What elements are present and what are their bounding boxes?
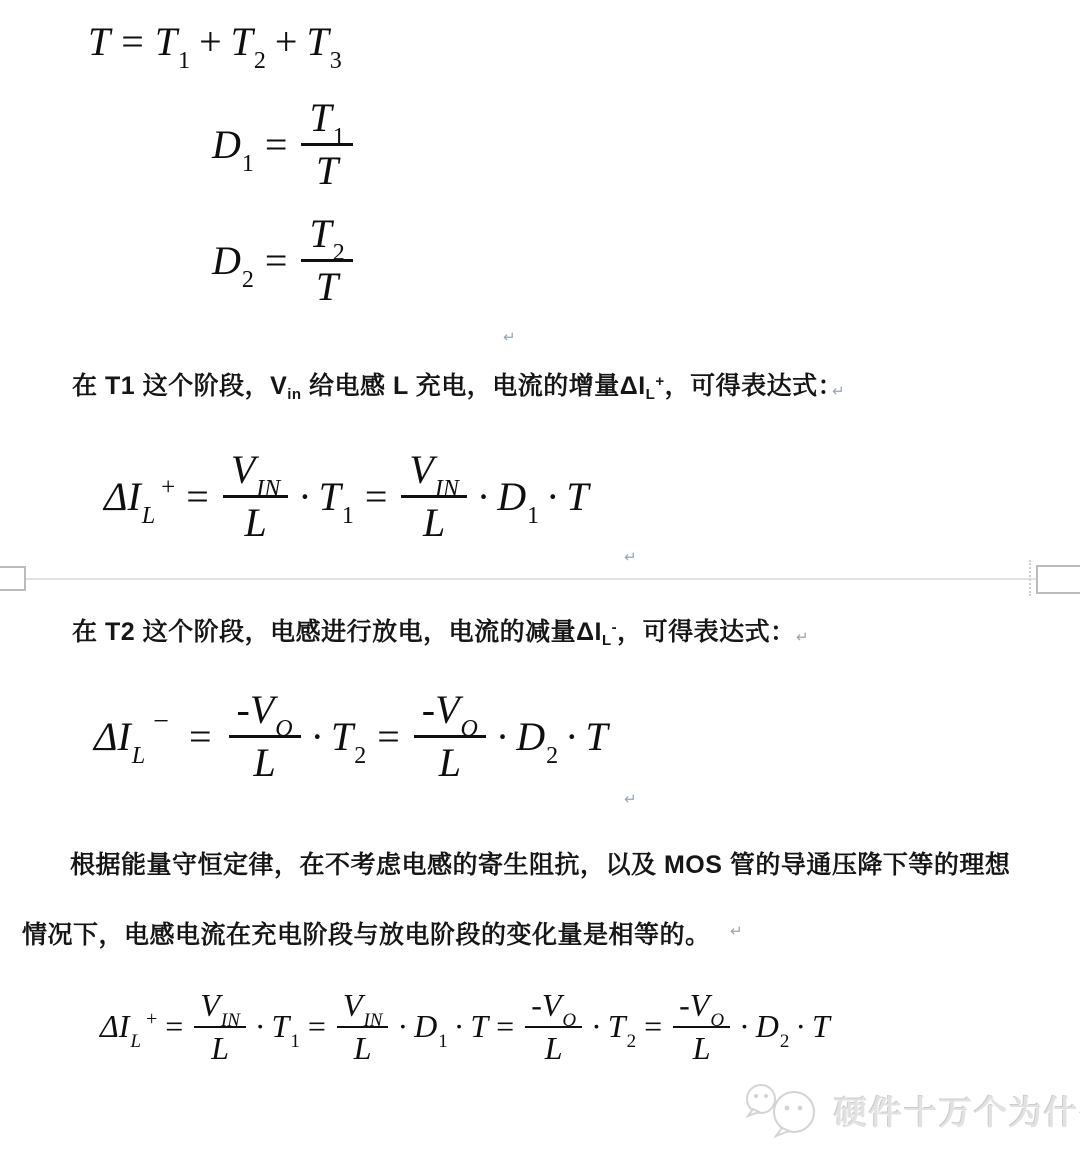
math-token: ΔIL+ <box>104 475 175 518</box>
numerator: VIN <box>194 988 246 1026</box>
math-token: T3 <box>306 20 341 63</box>
denominator: T <box>301 143 352 192</box>
numerator: -VO <box>414 688 486 735</box>
subscript: L <box>602 632 612 649</box>
denominator: L <box>229 735 301 784</box>
numerator: T2 <box>301 212 352 259</box>
equals-sign: = <box>121 20 144 63</box>
math-token: T2 <box>331 715 366 758</box>
equals-sign: = <box>496 1009 514 1044</box>
equals-sign: = <box>365 475 388 518</box>
multiply-dot: · <box>546 475 559 518</box>
multiply-dot: · <box>565 715 578 758</box>
fraction: -VO L <box>414 688 486 784</box>
math-token: T <box>812 1009 830 1044</box>
plus-sign: + <box>275 20 298 63</box>
paragraph-mark: ↵ <box>624 548 637 566</box>
equals-sign: = <box>186 475 209 518</box>
multiply-dot: · <box>454 1009 465 1044</box>
denominator: L <box>223 495 288 544</box>
multiply-dot: · <box>795 1009 806 1044</box>
paragraph-text: 在 T2 这个阶段，电感进行放电，电流的减量ΔI <box>72 618 602 646</box>
numerator: -VO <box>229 688 301 735</box>
paragraph-text: 给电感 L 充电，电流的增量ΔI <box>302 372 646 400</box>
paragraph-mark: ↵ <box>832 382 845 400</box>
paragraph-energy-conservation-line2: 情况下，电感电流在充电阶段与放电阶段的变化量是相等的。 <box>22 915 711 951</box>
equals-sign: = <box>265 123 288 166</box>
paragraph-text: ，可得表达式： <box>617 618 796 646</box>
equals-sign: = <box>265 239 288 282</box>
fraction: VIN L <box>223 448 288 544</box>
fraction: VIN L <box>194 988 246 1065</box>
paragraph-text: ，可得表达式： <box>665 372 844 400</box>
multiply-dot: · <box>591 1009 602 1044</box>
paragraph-mark: ↵ <box>503 328 516 346</box>
multiply-dot: · <box>397 1009 408 1044</box>
equals-sign: = <box>308 1009 326 1044</box>
denominator: L <box>194 1026 246 1066</box>
math-token: T <box>585 715 607 758</box>
math-token: D2 <box>516 715 558 758</box>
numerator: -VO <box>525 988 582 1026</box>
math-token: T <box>88 20 110 63</box>
fraction: VIN L <box>401 448 466 544</box>
paragraph-text: 在 T1 这个阶段，V <box>72 372 287 400</box>
formula-delta-il-plus: ΔIL+ = VIN L · T1 = VIN L · D1 · T <box>104 448 589 544</box>
formula-balance: ΔIL+ = VIN L · T1 = VIN L · D1 · T = -VO… <box>100 988 830 1065</box>
formula-delta-il-minus: ΔIL− = -VO L · T2 = -VO L · D2 · T <box>94 688 608 784</box>
page-boundary-marker-right <box>1036 565 1080 594</box>
math-token: T1 <box>155 20 190 63</box>
math-token: T2 <box>608 1009 636 1044</box>
paragraph-energy-conservation-line1: 根据能量守恒定律，在不考虑电感的寄生阻抗，以及 MOS 管的导通压降下等的理想 <box>70 845 1010 881</box>
denominator: L <box>337 1026 389 1066</box>
math-token: D2 <box>756 1009 790 1044</box>
formula-duty-d2: D2 = T2 T <box>212 212 356 308</box>
multiply-dot: · <box>298 475 311 518</box>
paragraph-mark: ↵ <box>796 628 809 646</box>
multiply-dot: · <box>255 1009 266 1044</box>
math-token: T1 <box>272 1009 300 1044</box>
numerator: VIN <box>223 448 288 495</box>
numerator: T1 <box>301 96 352 143</box>
multiply-dot: · <box>496 715 509 758</box>
watermark-text: 硬件十万个为什么 <box>834 1087 1080 1134</box>
equals-sign: = <box>189 715 212 758</box>
denominator: L <box>673 1026 730 1066</box>
equals-sign: = <box>165 1009 183 1044</box>
fraction: VIN L <box>337 988 389 1065</box>
plus-sign: + <box>199 20 222 63</box>
page-boundary-marker-left <box>0 566 26 591</box>
fraction: -VO L <box>525 988 582 1065</box>
numerator: VIN <box>401 448 466 495</box>
math-token: T <box>470 1009 488 1044</box>
math-token: T2 <box>231 20 266 63</box>
fraction: -VO L <box>673 988 730 1065</box>
superscript: - <box>612 619 618 636</box>
numerator: -VO <box>673 988 730 1026</box>
multiply-dot: · <box>477 475 490 518</box>
formula-period-sum: T = T1 + T2 + T3 <box>88 20 342 63</box>
document-page: T = T1 + T2 + T3 D1 = T1 T D2 = T2 T ↵ 在… <box>0 0 1080 1158</box>
fraction: T2 T <box>301 212 352 308</box>
denominator: L <box>525 1026 582 1066</box>
math-token: D2 <box>212 239 254 282</box>
watermark: 硬件十万个为什么 <box>742 1082 1080 1138</box>
formula-duty-d1: D1 = T1 T <box>212 96 356 192</box>
page-boundary-line <box>0 578 1080 580</box>
math-token: D1 <box>497 475 539 518</box>
page-boundary-dots <box>1029 560 1031 596</box>
math-token: D1 <box>414 1009 448 1044</box>
fraction: T1 T <box>301 96 352 192</box>
fraction: -VO L <box>229 688 301 784</box>
math-token: T <box>566 475 588 518</box>
math-token: T1 <box>319 475 354 518</box>
paragraph-t1-phase: 在 T1 这个阶段，Vin 给电感 L 充电，电流的增量ΔIL+，可得表达式： <box>72 366 843 402</box>
superscript: + <box>655 373 664 390</box>
equals-sign: = <box>377 715 400 758</box>
subscript: L <box>646 386 656 403</box>
denominator: L <box>401 495 466 544</box>
wechat-icon <box>742 1082 824 1138</box>
denominator: T <box>301 259 352 308</box>
numerator: VIN <box>337 988 389 1026</box>
math-token: ΔIL− <box>94 715 169 758</box>
paragraph-t2-phase: 在 T2 这个阶段，电感进行放电，电流的减量ΔIL-，可得表达式： <box>72 612 796 648</box>
multiply-dot: · <box>311 715 324 758</box>
multiply-dot: · <box>739 1009 750 1044</box>
subscript: in <box>287 386 301 403</box>
math-token: ΔIL+ <box>100 1009 157 1044</box>
paragraph-mark: ↵ <box>730 922 743 940</box>
paragraph-mark: ↵ <box>624 790 637 808</box>
denominator: L <box>414 735 486 784</box>
equals-sign: = <box>644 1009 662 1044</box>
math-token: D1 <box>212 123 254 166</box>
